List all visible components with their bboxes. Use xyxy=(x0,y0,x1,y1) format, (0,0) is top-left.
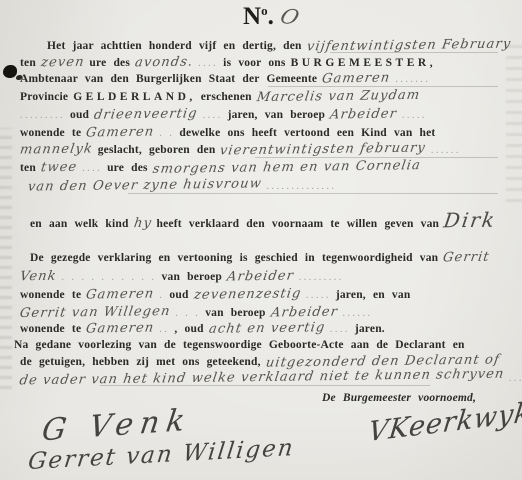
act-number-dot: . xyxy=(268,3,274,30)
form-line-14: Gerrit van Willegen. . .van beroepArbeid… xyxy=(20,306,372,321)
form-line-12: Venk. . . . . . . . . .van beroepArbeide… xyxy=(20,270,344,285)
printed-caps: GELDERLAND, xyxy=(73,91,196,103)
printed-text: erschenen xyxy=(201,91,252,103)
printed-text: is voor ons xyxy=(223,57,285,69)
printed-text: De gezegde verklaring en vertooning is g… xyxy=(30,252,438,264)
handwritten-witness1-first: Gerrit xyxy=(442,251,491,266)
handwritten-pronoun: hy xyxy=(133,217,153,231)
form-line-19: De Burgemeester voornoemd, xyxy=(322,391,476,405)
form-line-11: De gezegde verklaring en vertooning is g… xyxy=(30,251,490,265)
dotted-leader: .... xyxy=(330,324,350,335)
handwritten-gender: mannelyk xyxy=(19,142,94,157)
birth-certificate-scan: No.O Het jaar achttien honderd vijf en d… xyxy=(0,0,522,480)
handwritten-occupation: Arbeider xyxy=(226,270,295,285)
dotted-leader: .... xyxy=(203,110,223,121)
form-line-5: .........ouddrieenveertig....jaren, van … xyxy=(20,108,427,123)
baseline-rule xyxy=(128,193,498,194)
printed-text: ten xyxy=(20,57,36,69)
ink-blot xyxy=(3,65,17,78)
burgemeester-closing: De Burgemeester voornoemd, xyxy=(322,392,476,404)
dotted-leader: .... xyxy=(198,58,218,69)
form-line-2: tenzevenure desavonds.....is voor onsBUR… xyxy=(20,56,436,71)
act-number-value: O xyxy=(277,4,302,30)
bleed-through-left xyxy=(0,128,12,396)
printed-text: geslacht, geboren den xyxy=(98,144,216,156)
baseline-rule xyxy=(100,385,430,386)
dotted-leader: . . . xyxy=(175,308,200,319)
handwritten-gemeente: Gameren xyxy=(321,72,391,87)
printed-text: Ambtenaar van den Burgerlijken Staat der… xyxy=(20,73,317,85)
printed-text: van beroep xyxy=(162,271,222,283)
printed-text: Het jaar achttien honderd vijf en dertig… xyxy=(47,40,302,52)
printed-text: oud xyxy=(70,109,89,121)
form-line-3: Ambtenaar van den Burgerlijken Staat der… xyxy=(20,72,430,87)
handwritten-declarant-name: Marcelis van Zuydam xyxy=(256,89,421,105)
printed-text: en aan welk kind xyxy=(30,218,129,230)
handwritten-age: drieenveertig xyxy=(93,107,199,122)
dotted-leader: .... xyxy=(82,163,102,174)
dotted-leader: ......... xyxy=(299,272,344,283)
printed-caps: BURGEMEESTER, xyxy=(291,57,437,69)
handwritten-daypart: avonds. xyxy=(134,56,194,71)
printed-text: , oud xyxy=(174,323,203,335)
handwritten-witness2-name: Gerrit van Willegen xyxy=(19,305,172,321)
printed-text: oud xyxy=(169,289,188,301)
printed-text: dewelke ons heeft vertoond een Kind van … xyxy=(179,127,435,139)
form-line-4: ProvincieGELDERLAND,erschenenMarcelis va… xyxy=(20,90,420,104)
printed-text: ure des xyxy=(89,57,130,69)
handwritten-residence: Gameren xyxy=(85,288,155,303)
dotted-leader: .. xyxy=(159,324,169,335)
dotted-leader: ...... xyxy=(342,308,372,319)
act-number: No.O xyxy=(243,3,298,31)
dotted-leader: . . xyxy=(159,128,174,139)
printed-text: heeft verklaard den voornaam te willen g… xyxy=(157,218,440,230)
form-line-9: van den Oever zyne huisvrouw............… xyxy=(28,179,337,194)
baseline-rule xyxy=(268,86,498,87)
handwritten-witness1-last: Venk xyxy=(19,270,58,285)
dotted-leader: ..... xyxy=(402,110,427,121)
printed-text: de getuigen, hebben zij met ons geteeken… xyxy=(20,356,261,368)
baseline-rule xyxy=(330,52,498,53)
printed-text: ten xyxy=(20,162,36,174)
printed-text: jaren. xyxy=(355,323,385,335)
handwritten-mother-intro: smorgens van hem en van Cornelia xyxy=(151,159,421,177)
dotted-leader: ....... xyxy=(395,74,430,85)
handwritten-birthhour: twee xyxy=(40,161,78,176)
dotted-leader: . . . . . . . . . . xyxy=(62,272,157,283)
handwritten-age: zevenenzestig xyxy=(192,287,301,302)
dotted-leader: . xyxy=(159,290,164,301)
handwritten-hour: zeven xyxy=(40,56,86,71)
handwritten-occupation: Arbeider xyxy=(329,108,398,123)
handwritten-occupation: Arbeider xyxy=(270,306,339,321)
handwritten-age: acht en veertig xyxy=(208,321,326,337)
handwritten-child-name: Dirk xyxy=(443,213,497,228)
dotted-leader: .............. xyxy=(267,181,337,192)
handwritten-residence: Gameren xyxy=(85,126,155,141)
form-line-16: Na gedane voorlezing van de tegenswoordi… xyxy=(14,338,465,352)
dotted-leader: .... xyxy=(509,373,522,384)
dotted-leader: ......... xyxy=(20,110,65,121)
handwritten-birthdate: vierentwintigsten february xyxy=(219,142,427,159)
bleed-through-right xyxy=(506,42,522,210)
form-line-15: wonende teGameren.., oudacht en veertig.… xyxy=(20,322,385,337)
printed-text: wonende te xyxy=(20,127,81,139)
form-line-13: wonende teGameren.oudzevenenzestig.....j… xyxy=(20,288,410,303)
printed-text: wonende te xyxy=(20,289,81,301)
dotted-leader: ..... xyxy=(306,290,331,301)
act-number-n: N xyxy=(243,3,261,30)
printed-text: jaren, en van xyxy=(336,289,411,301)
form-line-18: de vader van het kind welke verklaard ni… xyxy=(20,371,522,386)
form-line-6: wonende teGameren. .dewelke ons heeft ve… xyxy=(20,126,435,141)
form-line-7: mannelykgeslacht, geboren denvierentwint… xyxy=(20,143,461,158)
printed-text: jaren, van beroep xyxy=(228,109,326,121)
form-line-1: Het jaar achttien honderd vijf en dertig… xyxy=(47,39,511,53)
dotted-leader: ...... xyxy=(431,145,461,156)
handwritten-residence: Gameren xyxy=(85,322,155,337)
printed-text: van beroep xyxy=(205,307,265,319)
printed-text: wonende te xyxy=(20,323,81,335)
baseline-rule xyxy=(255,157,498,158)
form-line-8: tentwee....ure dessmorgens van hem en va… xyxy=(20,161,420,176)
form-line-10: en aan welk kindhyheeft verklaard den vo… xyxy=(30,213,496,231)
printed-text: ure des xyxy=(107,162,148,174)
printed-text: Na gedane voorlezing van de tegenswoordi… xyxy=(14,339,465,351)
printed-text: Provincie xyxy=(20,91,68,103)
